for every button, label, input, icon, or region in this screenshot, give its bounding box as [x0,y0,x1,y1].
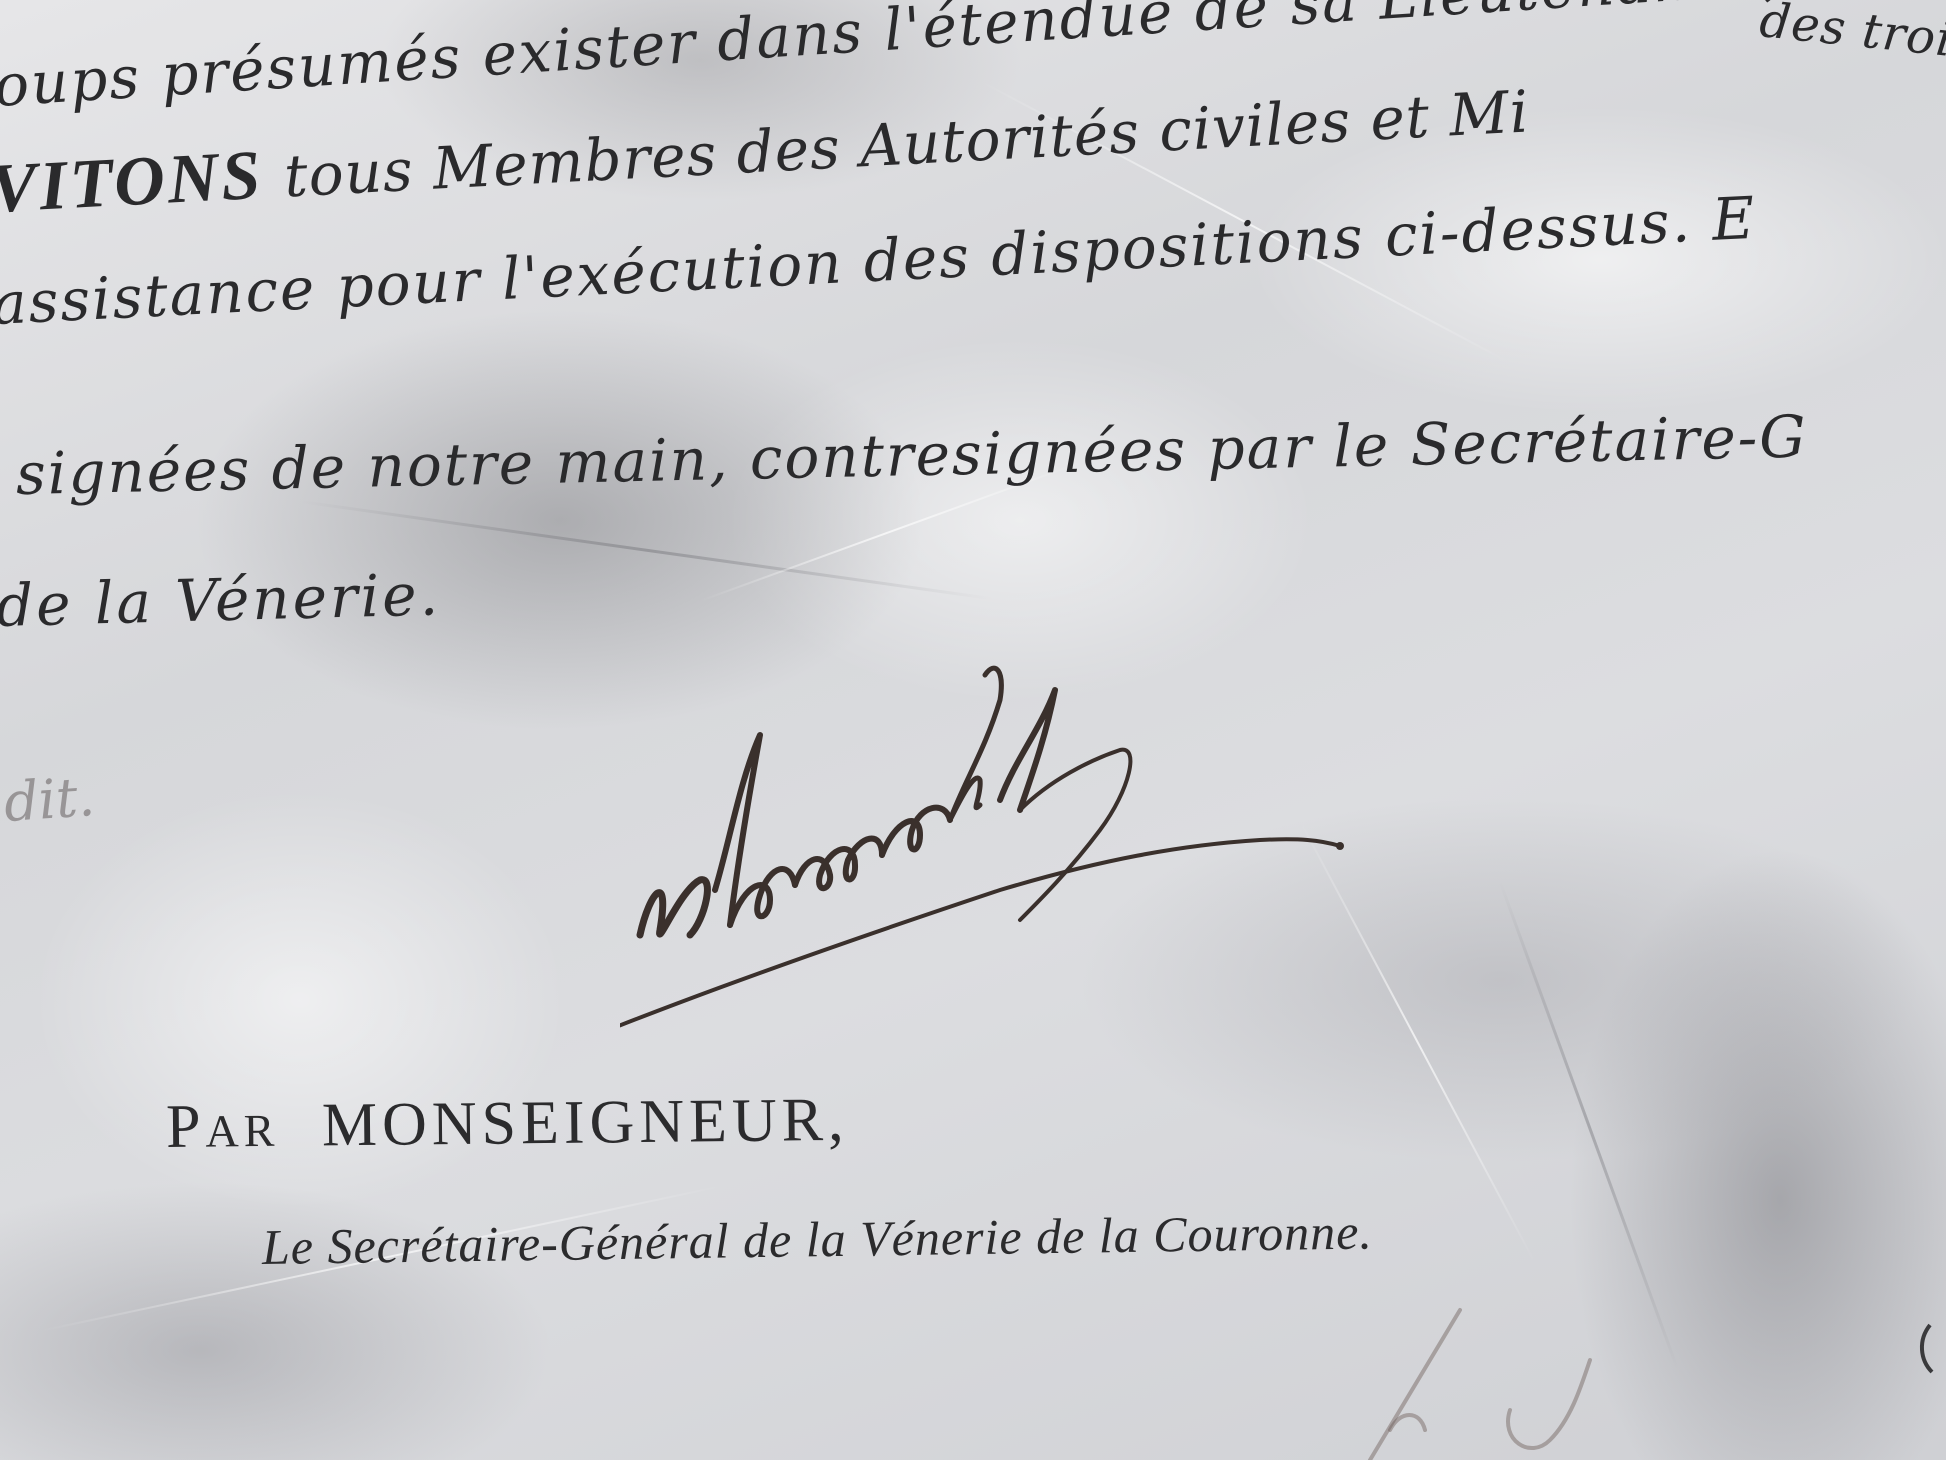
par-initial: P [166,1093,206,1161]
faint-pencil-marks [1330,1290,1750,1460]
monseigneur-word: MONSEIGNEUR, [322,1086,849,1160]
par-rest: AR [205,1105,279,1157]
footer-par-monseigneur: PAR MONSEIGNEUR, [166,1085,849,1163]
text-line-2-rest: tous Membres des Autorités civiles et Mi [282,77,1530,210]
text-line-5: de la Vénerie. [0,560,442,640]
footer-secretary-title: Le Secrétaire-Général de la Vénerie de l… [262,1202,1374,1276]
text-line-top-right: des trois [1757,0,1946,71]
edge-ink-mark [1910,1320,1946,1380]
text-line-4: signées de notre main, contresignées par… [15,402,1808,508]
text-caps-invitons: VITONS [0,137,265,228]
document-paper: des trois oups présumés exister dans l'é… [0,0,1946,1460]
signature-handwritten [620,640,1600,1100]
pencil-annotation: dit. [2,765,97,834]
